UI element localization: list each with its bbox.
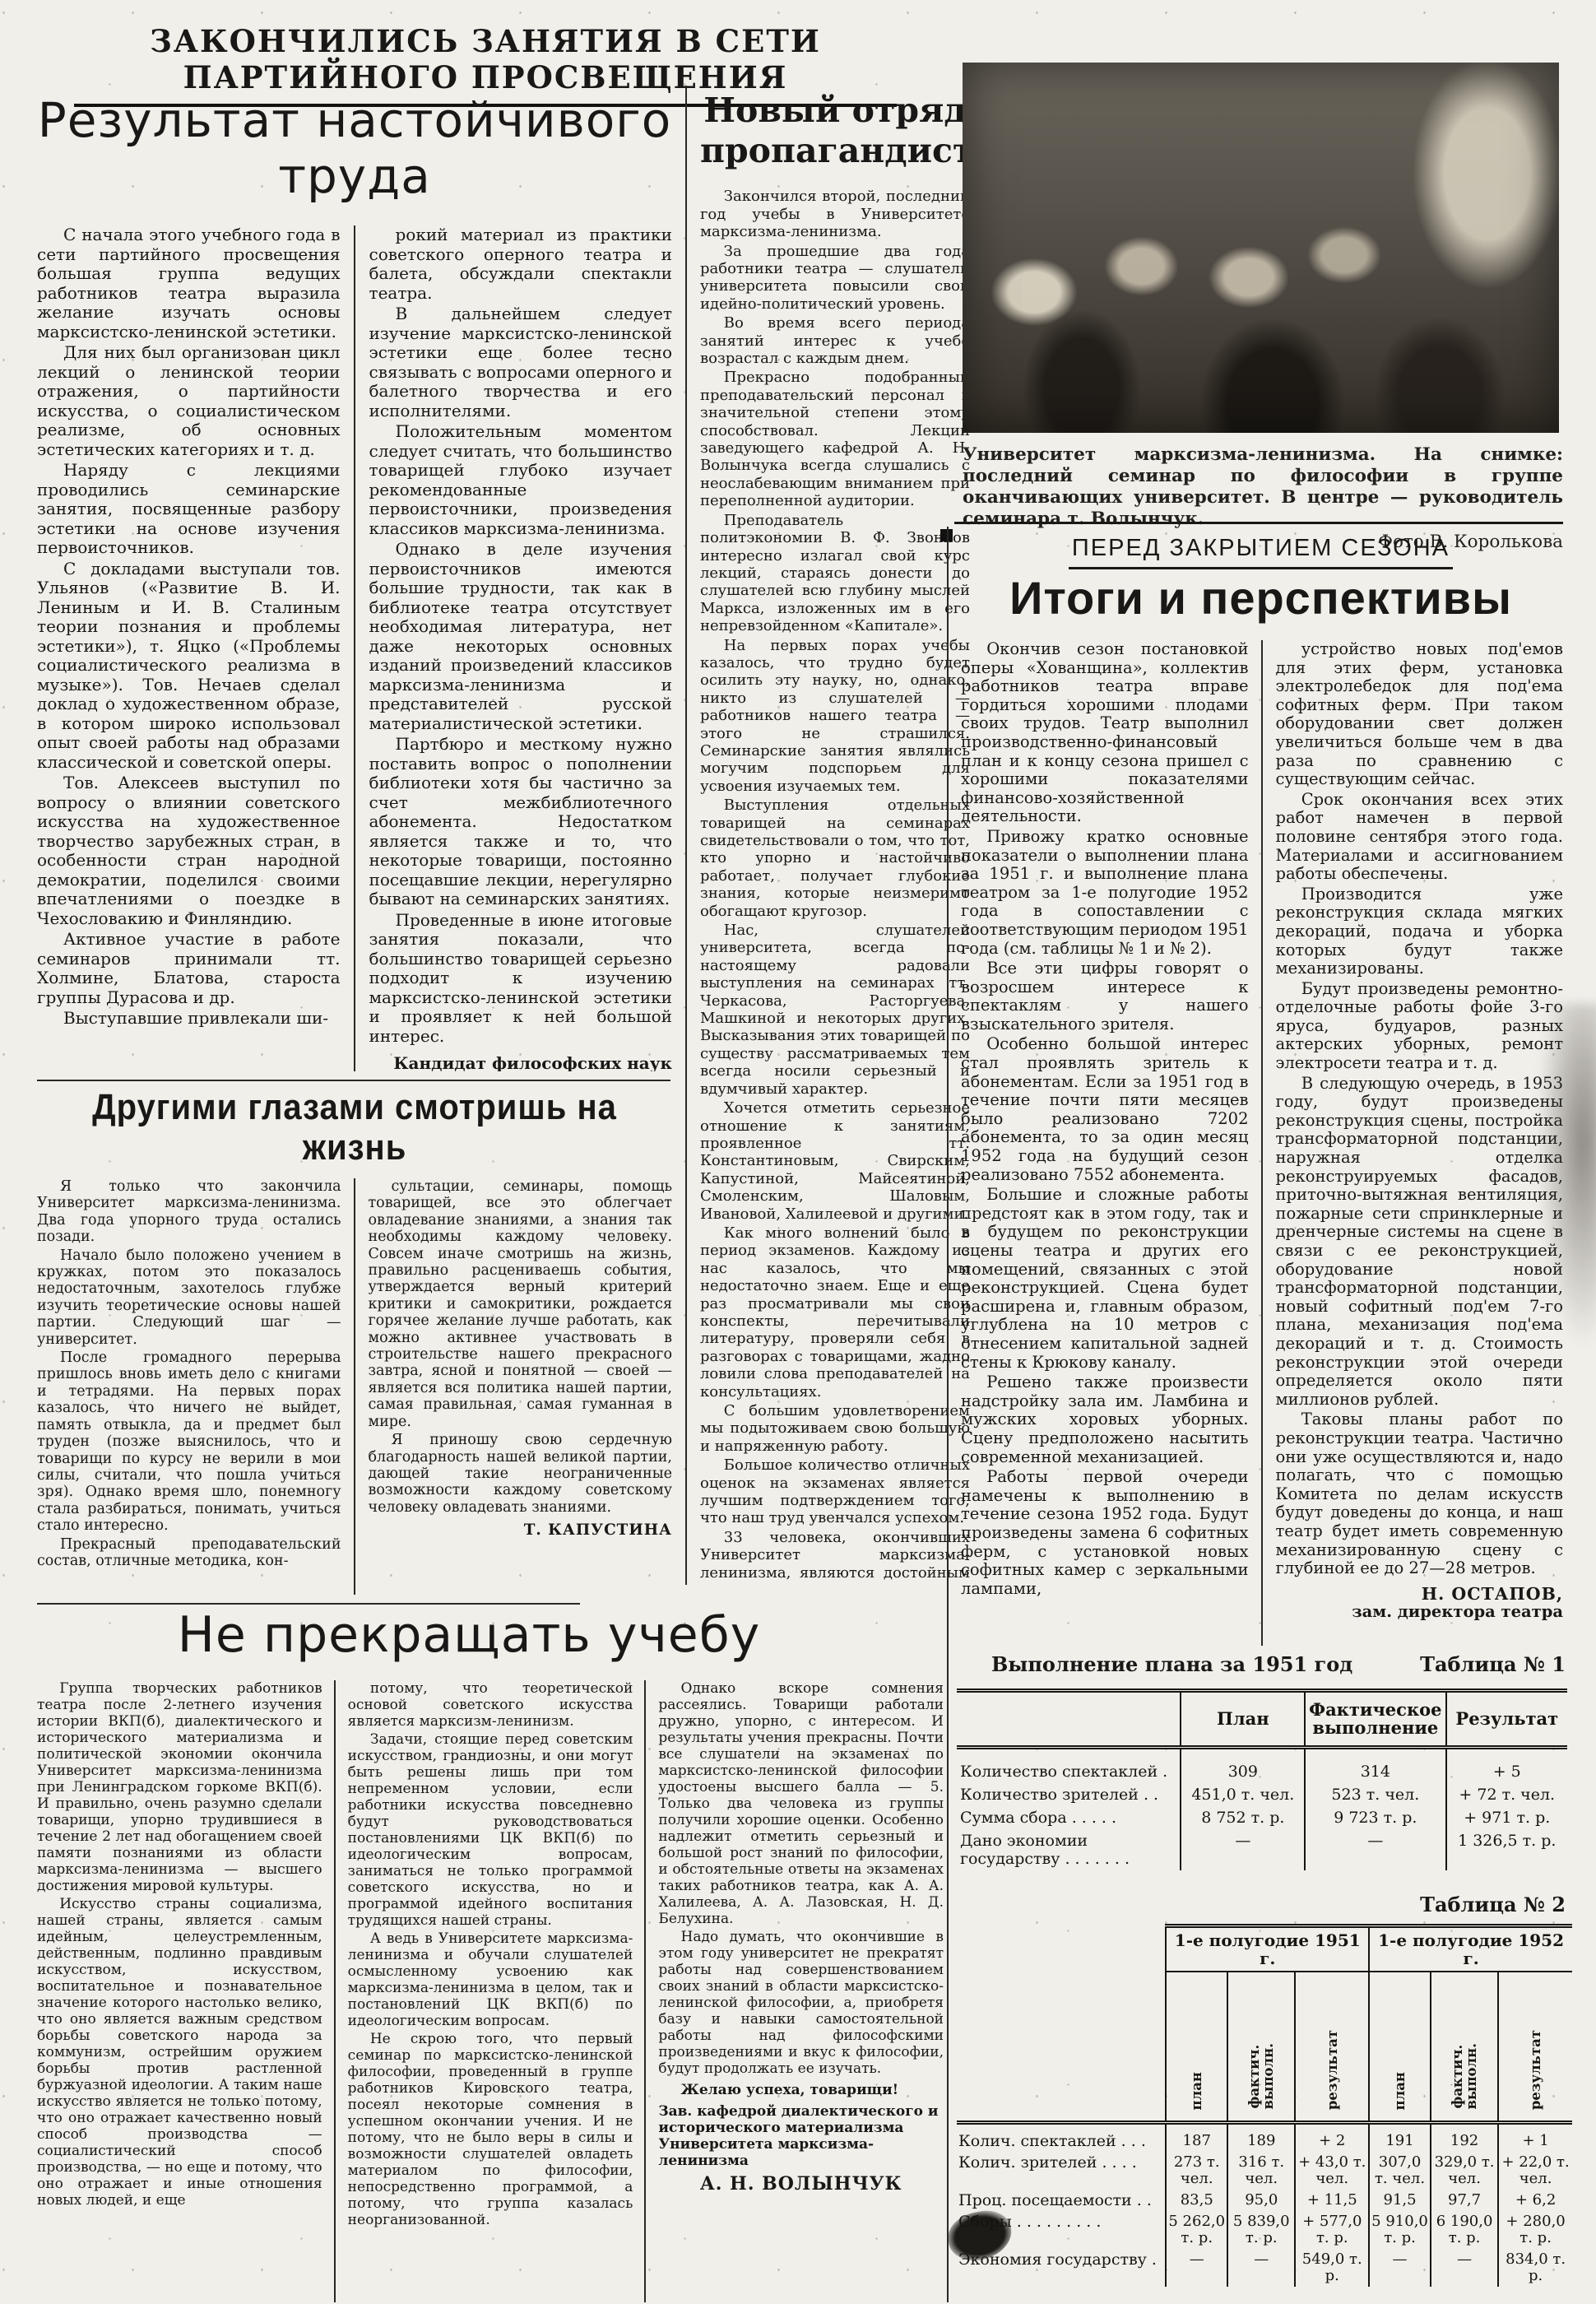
table2-cell: — [1369, 2249, 1431, 2287]
article-itogi-kicker: ПЕРЕД ЗАКРЫТИЕМ СЕЗОНА [1069, 535, 1453, 569]
table2-cell: 97,7 [1431, 2190, 1498, 2211]
table1-cell: 314 [1305, 1748, 1445, 1784]
table2-row: Проц. посещаемости . . 83,5 95,0 + 11,5 … [957, 2190, 1572, 2211]
divider-left-1 [37, 1080, 670, 1081]
paragraph: Не скрою того, что первый семинар по мар… [348, 2031, 633, 2228]
table2-sub-result-1951: результат [1295, 1972, 1369, 2123]
table2-cell: 5 262,0 т. р. [1166, 2211, 1227, 2249]
table2-cell: 273 т. чел. [1166, 2152, 1227, 2190]
paragraph: рокий материал из практики советского оп… [369, 225, 673, 303]
table1: План Фактическое выполнение Результат Ко… [957, 1689, 1567, 1870]
paragraph: Закончился второй, последний год учебы в… [700, 188, 970, 240]
paragraph: С докладами выступали тов. Ульянов («Раз… [37, 560, 341, 773]
table1-col-result: Результат [1446, 1691, 1568, 1748]
table1-cell: 9 723 т. р. [1305, 1806, 1445, 1829]
paragraph: Наряду с лекциями проводились семинарски… [37, 461, 341, 558]
article-itogi-signature: Н. ОСТАПОВ, [1276, 1585, 1564, 1604]
paragraph: Для них был организован цикл лекций о ле… [37, 343, 341, 459]
table2-cell: + 22,0 т. чел. [1498, 2152, 1572, 2190]
table2-group-row: 1-е полугодие 1951 г. 1-е полугодие 1952… [957, 1926, 1572, 1972]
table2-corner [957, 1926, 1166, 1972]
table1-cell: Сумма сбора . . . . . [957, 1806, 1181, 1829]
divider-left-2 [37, 1603, 580, 1605]
paragraph: Прекрасно подобранный преподавательский … [700, 369, 970, 509]
paragraph: Привожу кратко основные показатели о вып… [961, 828, 1249, 958]
table1-cell: + 971 т. р. [1446, 1806, 1568, 1829]
photo-caption-text: Университет марксизма-ленинизма. На сним… [963, 444, 1563, 530]
article-result-col1: С начала этого учебного года в сети парт… [37, 225, 354, 1071]
table2-cell: 307,0 т. чел. [1369, 2152, 1431, 2190]
table2-cell: 91,5 [1369, 2190, 1431, 2211]
table2-cell: 83,5 [1166, 2190, 1227, 2211]
article-ucheba-col1: Группа творческих работников театра посл… [37, 1680, 334, 2302]
article-glazami-signature: Т. КАПУСТИНА [369, 1522, 673, 1539]
table2-cell: 549,0 т. р. [1295, 2249, 1369, 2287]
paragraph: Задачи, стоящие перед советским искусств… [348, 1731, 633, 1929]
paragraph: Большое количество отличных оценок на эк… [700, 1456, 970, 1527]
paragraph: В следующую очередь, в 1953 году, будут … [1276, 1075, 1564, 1410]
article-ucheba-closing: Желаю успеха, товарищи! [658, 2082, 944, 2098]
table1-cell: + 5 [1446, 1748, 1568, 1784]
paragraph: Активное участие в работе семинаров прин… [37, 930, 341, 1007]
article-otryad: Новый отряд пропагандистов Закончился вт… [685, 86, 970, 1585]
table2-cell: 191 [1369, 2123, 1431, 2153]
table1-col-plan: План [1181, 1691, 1305, 1748]
table2-cell: — [1166, 2249, 1227, 2287]
article-itogi-col1: Окончив сезон постановкой оперы «Хованщи… [961, 640, 1261, 1646]
paragraph: Выступавшие привлекали ши- [37, 1009, 341, 1029]
paragraph: Я только что закончила Университет маркс… [37, 1178, 341, 1246]
table1-cell: + 72 т. чел. [1446, 1783, 1568, 1806]
table2-cell: Колич. зрителей . . . . [957, 2152, 1166, 2190]
paragraph: Тов. Алексеев выступил по вопросу о влия… [37, 773, 341, 928]
article-glazami-col2: сультации, семинары, помощь товарищей, в… [354, 1178, 673, 1595]
table2-cell: + 2 [1295, 2123, 1369, 2153]
article-glazami-col1: Я только что закончила Университет маркс… [37, 1178, 354, 1595]
paragraph: Все эти цифры говорят о возросшем интере… [961, 959, 1249, 1034]
article-ucheba: Группа творческих работников театра посл… [37, 1680, 944, 2302]
paragraph: В дальнейшем следует изучение марксистск… [369, 304, 673, 420]
paragraph: Срок окончания всех этих работ намечен в… [1276, 791, 1564, 884]
table2-cell: Проц. посещаемости . . [957, 2190, 1166, 2211]
paragraph: Нас, слушателей университета, всегда по-… [700, 922, 970, 1098]
table2-group-1952: 1-е полугодие 1952 г. [1369, 1926, 1572, 1972]
table2-label: Таблица № 2 [958, 1893, 1566, 1916]
paragraph: На первых порах учебы казалось, что труд… [700, 637, 970, 796]
paragraph: Преподаватель политэкономии В. Ф. Звонко… [700, 512, 970, 635]
paragraph: После громадного перерыва пришлось вновь… [37, 1349, 341, 1534]
paragraph: Выступления отдельных товарищей на семин… [700, 797, 970, 920]
table2-corner2 [957, 1972, 1166, 2123]
paragraph: Группа творческих работников театра посл… [37, 1680, 322, 1894]
paragraph: Искусство страны социализма, нашей стран… [37, 1896, 322, 2209]
table2-cell: 187 [1166, 2123, 1227, 2153]
table1-cell: 8 752 т. р. [1181, 1806, 1305, 1829]
paragraph: За прошедшие два года работники театра —… [700, 243, 970, 314]
article-glazami: Другими глазами смотришь на жизнь Я толь… [37, 1091, 672, 1595]
article-otryad-title: Новый отряд пропагандистов [700, 91, 970, 171]
table2: 1-е полугодие 1951 г. 1-е полугодие 1952… [957, 1924, 1572, 2287]
article-itogi-title: Итоги и перспективы [958, 571, 1563, 625]
paragraph: Надо думать, что окончившие в этом году … [658, 1929, 944, 2077]
article-itogi-col2: устройство новых под'емов для этих ферм,… [1261, 640, 1564, 1646]
article-ucheba-signature-role: Зав. кафедрой диалектического и историче… [658, 2103, 944, 2169]
table2-cell: Колич. спектаклей . . . [957, 2123, 1166, 2153]
table2-sub-fact-1951: фактич. выполн. [1227, 1972, 1295, 2123]
table2-row: Сборы . . . . . . . . . 5 262,0 т. р. 5 … [957, 2211, 1572, 2249]
paragraph: С большим удовлетворением мы подытоживае… [700, 1402, 970, 1455]
table1-caption: Выполнение плана за 1951 год [958, 1652, 1352, 1676]
table1-cell: 1 326,5 т. р. [1446, 1829, 1568, 1870]
article-result: Результат настойчивого труда С начала эт… [37, 92, 672, 1071]
paragraph: С начала этого учебного года в сети парт… [37, 225, 341, 341]
paragraph: А ведь в Университете марксизма-ленинизм… [348, 1930, 633, 2029]
paragraph: Во время всего периода занятий интерес к… [700, 314, 970, 367]
article-glazami-title: Другими глазами смотришь на жизнь [37, 1091, 672, 1168]
paragraph: Я приношу свою сердечную благодарность н… [369, 1432, 673, 1516]
table2-row: Колич. зрителей . . . . 273 т. чел. 316 … [957, 2152, 1572, 2190]
table2-cell: 834,0 т. р. [1498, 2249, 1572, 2287]
paragraph: сультации, семинары, помощь товарищей, в… [369, 1178, 673, 1430]
divider-right-top [954, 522, 1563, 524]
paragraph: Решено также произвести надстройку зала … [961, 1373, 1249, 1466]
table2-cell: + 11,5 [1295, 2190, 1369, 2211]
divider-vertical-main [947, 527, 949, 2302]
table1-row: Дано экономии государству . . . . . . . … [957, 1829, 1567, 1870]
paragraph: устройство новых под'емов для этих ферм,… [1276, 640, 1564, 789]
article-ucheba-col3: Однако вскоре сомнения рассеялись. Товар… [644, 1680, 944, 2302]
article-ucheba-col2: потому, что теоретической основой советс… [334, 1680, 645, 2302]
table1-cell: 309 [1181, 1748, 1305, 1784]
article-ucheba-title: Не прекращать учебу [123, 1606, 814, 1664]
paragraph: Однако вскоре сомнения рассеялись. Товар… [658, 1680, 944, 1927]
paragraph: Как много волнений было в период экзамен… [700, 1224, 970, 1401]
table2-sub-fact-1952: фактич. выполн. [1431, 1972, 1498, 2123]
paragraph: Однако в деле изучения первоисточников и… [369, 540, 673, 733]
paragraph: Будут произведены ремонтно-отделочные ра… [1276, 980, 1564, 1073]
paragraph: Работы первой очереди намечены к выполне… [961, 1468, 1249, 1598]
article-ucheba-signature: А. Н. ВОЛЫНЧУК [658, 2176, 944, 2192]
table2-cell: 329,0 т. чел. [1431, 2152, 1498, 2190]
table2-cell: + 577,0 т. р. [1295, 2211, 1369, 2249]
paper-stain-right [1537, 1004, 1596, 1349]
table1-caption-row: Выполнение плана за 1951 год Таблица № 1 [958, 1652, 1566, 1676]
paragraph: Партбюро и месткому нужно поставить вопр… [369, 735, 673, 909]
table2-row: Колич. спектаклей . . . 187 189 + 2 191 … [957, 2123, 1572, 2153]
paragraph: Проведенные в июне итоговые занятия пока… [369, 911, 673, 1047]
table2-cell: + 43,0 т. чел. [1295, 2152, 1369, 2190]
table1-cell: 451,0 т. чел. [1181, 1783, 1305, 1806]
table1-header-row: План Фактическое выполнение Результат [957, 1691, 1567, 1748]
photo-seminar [963, 63, 1559, 433]
table1-row: Количество зрителей . . 451,0 т. чел. 52… [957, 1783, 1567, 1806]
table2-cell: 95,0 [1227, 2190, 1295, 2211]
table2-subheader-row: план фактич. выполн. результат план факт… [957, 1972, 1572, 2123]
table2-cell: + 6,2 [1498, 2190, 1572, 2211]
table2-cell: 189 [1227, 2123, 1295, 2153]
paragraph: Окончив сезон постановкой оперы «Хованщи… [961, 640, 1249, 826]
paragraph: Хочется отметить серьезное отношение к з… [700, 1099, 970, 1223]
table2-sub-result-1952: результат [1498, 1972, 1572, 2123]
paragraph: Производится уже реконструкция склада мя… [1276, 885, 1564, 978]
table2-cell: 192 [1431, 2123, 1498, 2153]
paragraph: Положительным моментом следует считать, … [369, 422, 673, 538]
table2-cell: 316 т. чел. [1227, 2152, 1295, 2190]
table1-col-fact: Фактическое выполнение [1305, 1691, 1445, 1748]
article-result-col2: рокий материал из практики советского оп… [354, 225, 673, 1071]
table2-row: Экономия государству . — — 549,0 т. р. —… [957, 2249, 1572, 2287]
paragraph: Особенно большой интерес стал проявлять … [961, 1035, 1249, 1184]
table1-row: Количество спектаклей . 309 314 + 5 [957, 1748, 1567, 1784]
paragraph: Таковы планы работ по реконструкции теат… [1276, 1410, 1564, 1577]
article-itogi: Окончив сезон постановкой оперы «Хованщи… [961, 640, 1563, 1646]
table1-cell: Количество спектаклей . [957, 1748, 1181, 1784]
table1-row: Сумма сбора . . . . . 8 752 т. р. 9 723 … [957, 1806, 1567, 1829]
paragraph: Большие и сложные работы предстоят как в… [961, 1186, 1249, 1372]
article-otryad-body: Закончился второй, последний год учебы в… [700, 188, 970, 1585]
table1-label: Таблица № 1 [1420, 1652, 1566, 1676]
paragraph: потому, что теоретической основой советс… [348, 1680, 633, 1730]
table1-cell: Дано экономии государству . . . . . . . [957, 1829, 1181, 1870]
table2-cell: + 1 [1498, 2123, 1572, 2153]
table2-cell: — [1431, 2249, 1498, 2287]
table2-group-1951: 1-е полугодие 1951 г. [1166, 1926, 1369, 1972]
table2-cell: 6 190,0 т. р. [1431, 2211, 1498, 2249]
article-itogi-kicker-wrap: ПЕРЕД ЗАКРЫТИЕМ СЕЗОНА [958, 535, 1563, 569]
table1-cell: — [1305, 1829, 1445, 1870]
table2-cell: 5 910,0 т. р. [1369, 2211, 1431, 2249]
article-itogi-signature-role: зам. директора театра [1276, 1603, 1564, 1622]
article-result-signature-role: Кандидат философских наук [369, 1054, 673, 1071]
table1-cell: 523 т. чел. [1305, 1783, 1445, 1806]
table2-sub-plan-1952: план [1369, 1972, 1431, 2123]
table2-sub-plan-1951: план [1166, 1972, 1227, 2123]
paragraph: Начало было положено учением в кружках, … [37, 1247, 341, 1348]
table1-cell: Количество зрителей . . [957, 1783, 1181, 1806]
table1-col-blank [957, 1691, 1181, 1748]
table2-cell: — [1227, 2249, 1295, 2287]
paragraph: Прекрасный преподавательский состав, отл… [37, 1536, 341, 1570]
table2-cell: 5 839,0 т. р. [1227, 2211, 1295, 2249]
table1-cell: — [1181, 1829, 1305, 1870]
article-result-title: Результат настойчивого труда [37, 92, 672, 204]
paragraph: 33 человека, окончивших Университет марк… [700, 1529, 970, 1585]
table2-cell: + 280,0 т. р. [1498, 2211, 1572, 2249]
